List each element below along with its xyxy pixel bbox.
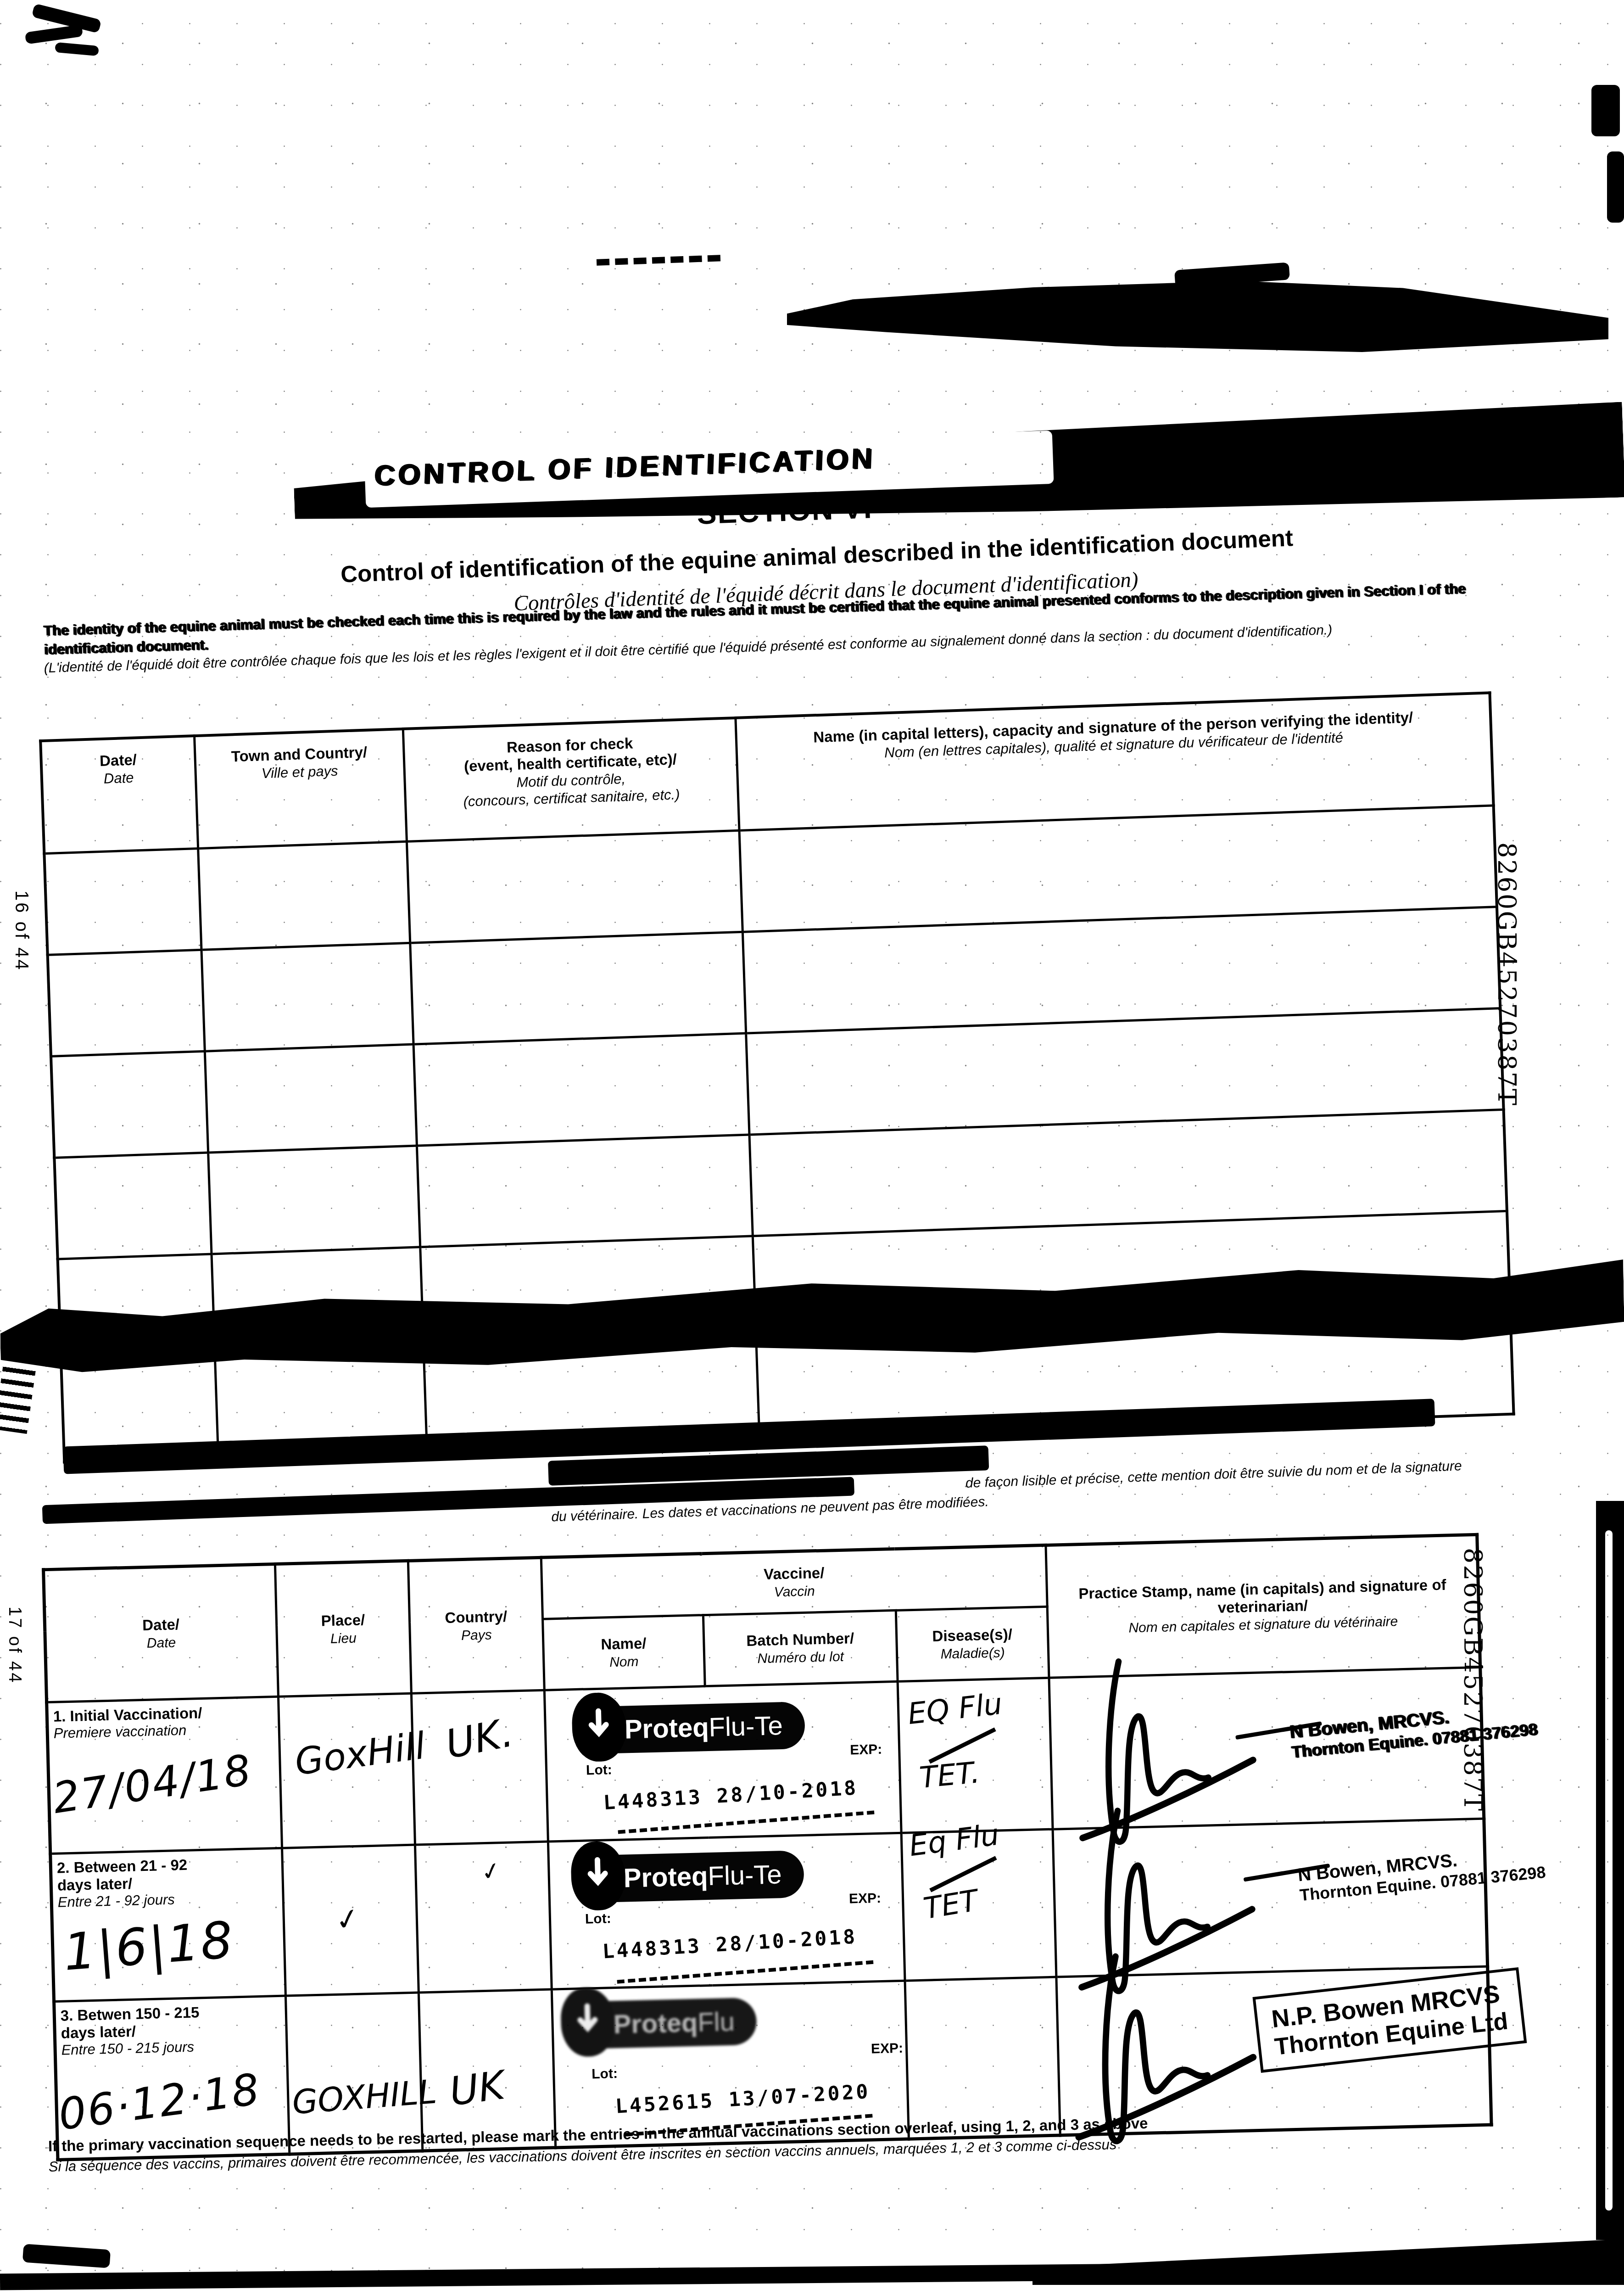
handwritten-date: 1|6|18	[61, 1910, 236, 1982]
scan-artifact-right-blob	[1591, 85, 1620, 136]
lot-number: L448313 28/10-2018	[602, 1926, 858, 1964]
sticker-dashed-line	[617, 1960, 873, 1984]
scan-artifact-dashes	[597, 255, 720, 265]
handwritten-country: UK	[447, 2062, 507, 2115]
row2-date-cell: 2. Between 21 - 92 days later/ Entre 21 …	[50, 1848, 286, 2001]
vaccine-sticker: ProteqFlu-Te	[578, 1702, 805, 1754]
row1-country-cell: UK.	[411, 1690, 548, 1845]
row2-country-cell: ✓	[415, 1842, 552, 1993]
practice-stamp-text: N Bowen, MRCVS. Thornton Equine. 07881 3…	[1289, 1699, 1539, 1762]
vacc-col-country: Country/ Pays	[408, 1557, 544, 1693]
row1-date-cell: 1. Initial Vaccination/ Premiere vaccina…	[47, 1696, 282, 1853]
page-number-bottom: 17 of 44	[5, 1606, 24, 1684]
scan-artifact-corner-mark	[55, 42, 99, 56]
practice-stamp-box: N.P. Bowen MRCVS Thornton Equine Ltd	[1253, 1967, 1527, 2073]
scan-artifact-left-hashes	[0, 1343, 39, 1434]
row1-place-cell: GoxHill	[278, 1693, 415, 1848]
scan-artifact-bottom-blob	[22, 2244, 111, 2268]
vacc-col-disease: Disease(s)/ Maladie(s)	[896, 1606, 1049, 1681]
vaccine-brand-icon	[571, 1692, 627, 1762]
handwritten-country: UK.	[442, 1710, 517, 1768]
handwritten-tick: ✓	[478, 1856, 504, 1887]
lot-label: Lot:	[586, 1762, 612, 1778]
lot-label: Lot:	[585, 1911, 611, 1927]
scan-artifact-corner-mark	[25, 24, 83, 44]
check-col-reason: Reason for check (event, health certific…	[403, 718, 739, 841]
row2-vaccine-cell: ProteqFlu-Te Lot: EXP: L448313 28/10-201…	[548, 1833, 905, 1989]
lot-label: Lot:	[592, 2066, 618, 2082]
row3-disease-cell	[905, 1977, 1060, 2139]
handwritten-tick: ✓	[332, 1901, 363, 1939]
handwritten-disease: TET.	[918, 1756, 981, 1795]
row2-place-cell: ✓	[282, 1845, 419, 1996]
scan-artifact-right-blob	[1607, 151, 1624, 223]
vacc-col-name: Name/ Nom	[543, 1615, 705, 1690]
vaccination-table: Date/ Date Place/ Lieu Country/ Pays Vac…	[42, 1533, 1493, 2161]
handwritten-date: 06·12·18	[56, 2064, 263, 2140]
scan-artifact-top-streak	[787, 281, 1608, 352]
document-code-bottom: 8260GB45270387T	[1458, 1548, 1487, 1812]
vaccine-sticker-smudged: ProteqFlu	[567, 1998, 757, 2049]
handwritten-disease: EQ Flu	[906, 1687, 1004, 1732]
document-code-top: 8260GB45270387T	[1492, 842, 1521, 1107]
handwritten-date: 27/04/18	[50, 1745, 255, 1823]
lot-number: L452615 13/07-2020	[615, 2080, 871, 2118]
sticker-dashed-line	[618, 1811, 874, 1834]
row2-disease-cell: Eq Flu TET	[901, 1829, 1056, 1981]
handwritten-place: GoxHill	[292, 1724, 428, 1784]
vacc-col-batch: Batch Number/ Numéro du lot	[703, 1610, 898, 1686]
exp-label: EXP:	[871, 2041, 904, 2057]
page-number-top: 16 of 44	[11, 890, 32, 972]
handwritten-place: GOXHILL	[291, 2072, 438, 2122]
vaccine-brand-icon	[560, 1987, 616, 2057]
scan-artifact-right-bar	[1596, 1501, 1624, 2240]
row3-country-cell: UK	[419, 1989, 555, 2151]
exp-label: EXP:	[849, 1891, 882, 1907]
check-col-town: Town and Country/ Ville et pays	[194, 729, 407, 848]
row1-vaccine-cell: ProteqFlu-Te Lot: EXP: L448313 28/10-201…	[544, 1681, 901, 1842]
vacc-col-date: Date/ Date	[44, 1564, 279, 1702]
vacc-col-place: Place/ Lieu	[275, 1561, 411, 1696]
scan-artifact-streak	[1605, 1530, 1613, 2210]
practice-stamp-text: N Bowen, MRCVS. Thornton Equine. 07881 3…	[1297, 1842, 1546, 1905]
exp-label: EXP:	[850, 1742, 882, 1758]
check-col-date: Date/ Date	[40, 736, 198, 853]
vaccine-sticker: ProteqFlu-Te	[577, 1850, 804, 1903]
vaccine-brand-icon	[570, 1841, 626, 1911]
lot-number: L448313 28/10-2018	[603, 1776, 859, 1814]
row1-disease-cell: EQ Flu TET.	[898, 1678, 1053, 1833]
scan-artifact-bottom-bar	[0, 2260, 1624, 2290]
vacc-col-vaccine: Vaccine/ Vaccin	[541, 1545, 1047, 1619]
